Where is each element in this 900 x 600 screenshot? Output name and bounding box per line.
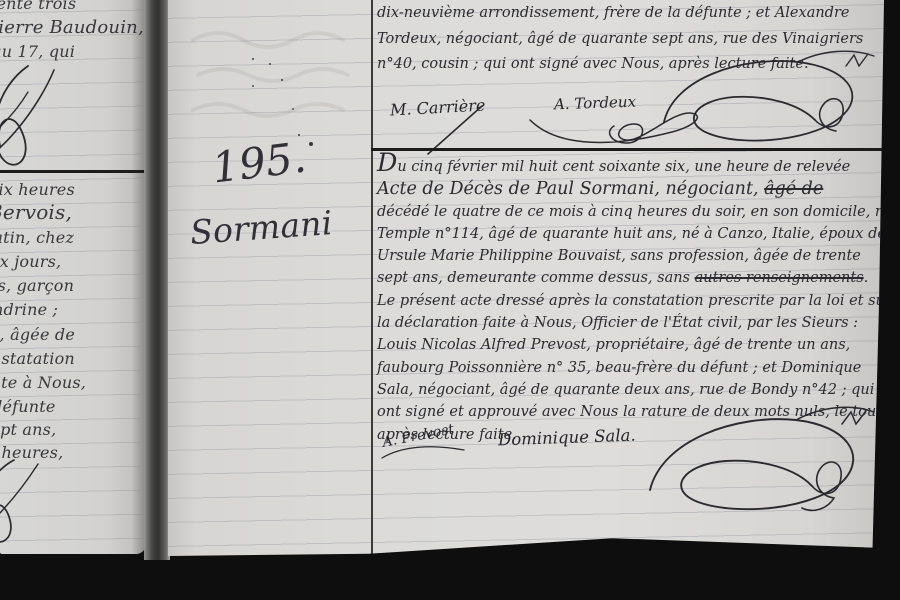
register-right-page: 195. Sormani dix-neuvième arrondissement…: [168, 0, 884, 556]
left-fragment: dix heures: [0, 180, 75, 199]
act-separator-line: [371, 148, 883, 151]
struck-words: autres renseignements: [695, 270, 864, 286]
left-fragment: au 17, qui: [0, 42, 75, 61]
left-fragment: matin, chez: [0, 228, 74, 247]
act-separator-line: [0, 170, 146, 173]
act-text-line: la déclaration faite à Nous, Officier de…: [377, 312, 882, 334]
act-name: Sormani: [189, 203, 334, 252]
act-text: .: [864, 270, 869, 286]
signature-paraph-flourish: [0, 458, 59, 550]
left-fragment: re, âgée de: [0, 325, 75, 344]
register-scan: trente trois Pierre Baudouin, au 17, qui…: [0, 0, 900, 600]
left-fragment: Pierre Baudouin,: [0, 17, 144, 38]
margin-column-rule: [371, 0, 373, 556]
act-title-line: Acte de Décès de Paul Sormani, négociant…: [377, 178, 882, 200]
act-text-line: Tordeux, négociant, âgé de quarante sept…: [377, 27, 882, 53]
act-text-line: dix-neuvième arrondissement, frère de la…: [377, 1, 882, 27]
act-text-line: décédé le quatre de ce mois à cinq heure…: [377, 201, 882, 223]
act-text-line: Le présent acte dressé après la constata…: [377, 290, 882, 312]
act-text: sept ans, demeurante comme dessus, sans: [377, 270, 695, 286]
left-fragment: trente trois: [0, 0, 76, 13]
act-195-text: Du cinq février mil huit cent soixante s…: [377, 156, 882, 446]
left-fragment: défunte: [0, 397, 56, 416]
ink-bleedthrough-ghost: [188, 20, 368, 150]
left-fragment: xandrine ;: [0, 300, 58, 319]
left-fragment: faite à Nous,: [0, 373, 86, 392]
act-number: 195.: [209, 132, 309, 192]
act-text-line: Louis Nicolas Alfred Prevost, propriétai…: [377, 334, 882, 356]
officer-paraph-flourish: [636, 404, 881, 524]
left-fragment: dix jours,: [0, 252, 61, 271]
ink-specks: [252, 58, 254, 60]
signature-paraph-flourish: [0, 62, 73, 170]
act-erasure-line: sept ans, demeurante comme dessus, sans …: [377, 267, 882, 289]
act-text-line: Ursule Marie Philippine Bouvaist, sans p…: [377, 245, 882, 267]
act-text-line: Sala, négociant, âgé de quarante deux an…: [377, 379, 882, 401]
book-gutter-shadow: [144, 0, 170, 560]
left-fragment: trois, garçon: [0, 276, 74, 295]
left-fragment: constatation: [0, 349, 75, 368]
left-fragment: Bervois,: [0, 200, 72, 224]
act-title-text: Acte de Décès de Paul Sormani, négociant…: [377, 179, 764, 199]
left-facing-page: trente trois Pierre Baudouin, au 17, qui…: [0, 0, 146, 554]
act-text-line: Temple n°114, âgé de quarante huit ans, …: [377, 223, 882, 245]
signature-underline-flourish: [378, 440, 468, 466]
act-opening-line: Du cinq février mil huit cent soixante s…: [377, 156, 882, 178]
act-text-line: faubourg Poissonnière n° 35, beau-frère …: [377, 357, 882, 379]
struck-words: âgé de: [764, 179, 823, 199]
officer-paraph-flourish: [650, 50, 880, 150]
left-fragment: sept ans,: [0, 420, 56, 439]
